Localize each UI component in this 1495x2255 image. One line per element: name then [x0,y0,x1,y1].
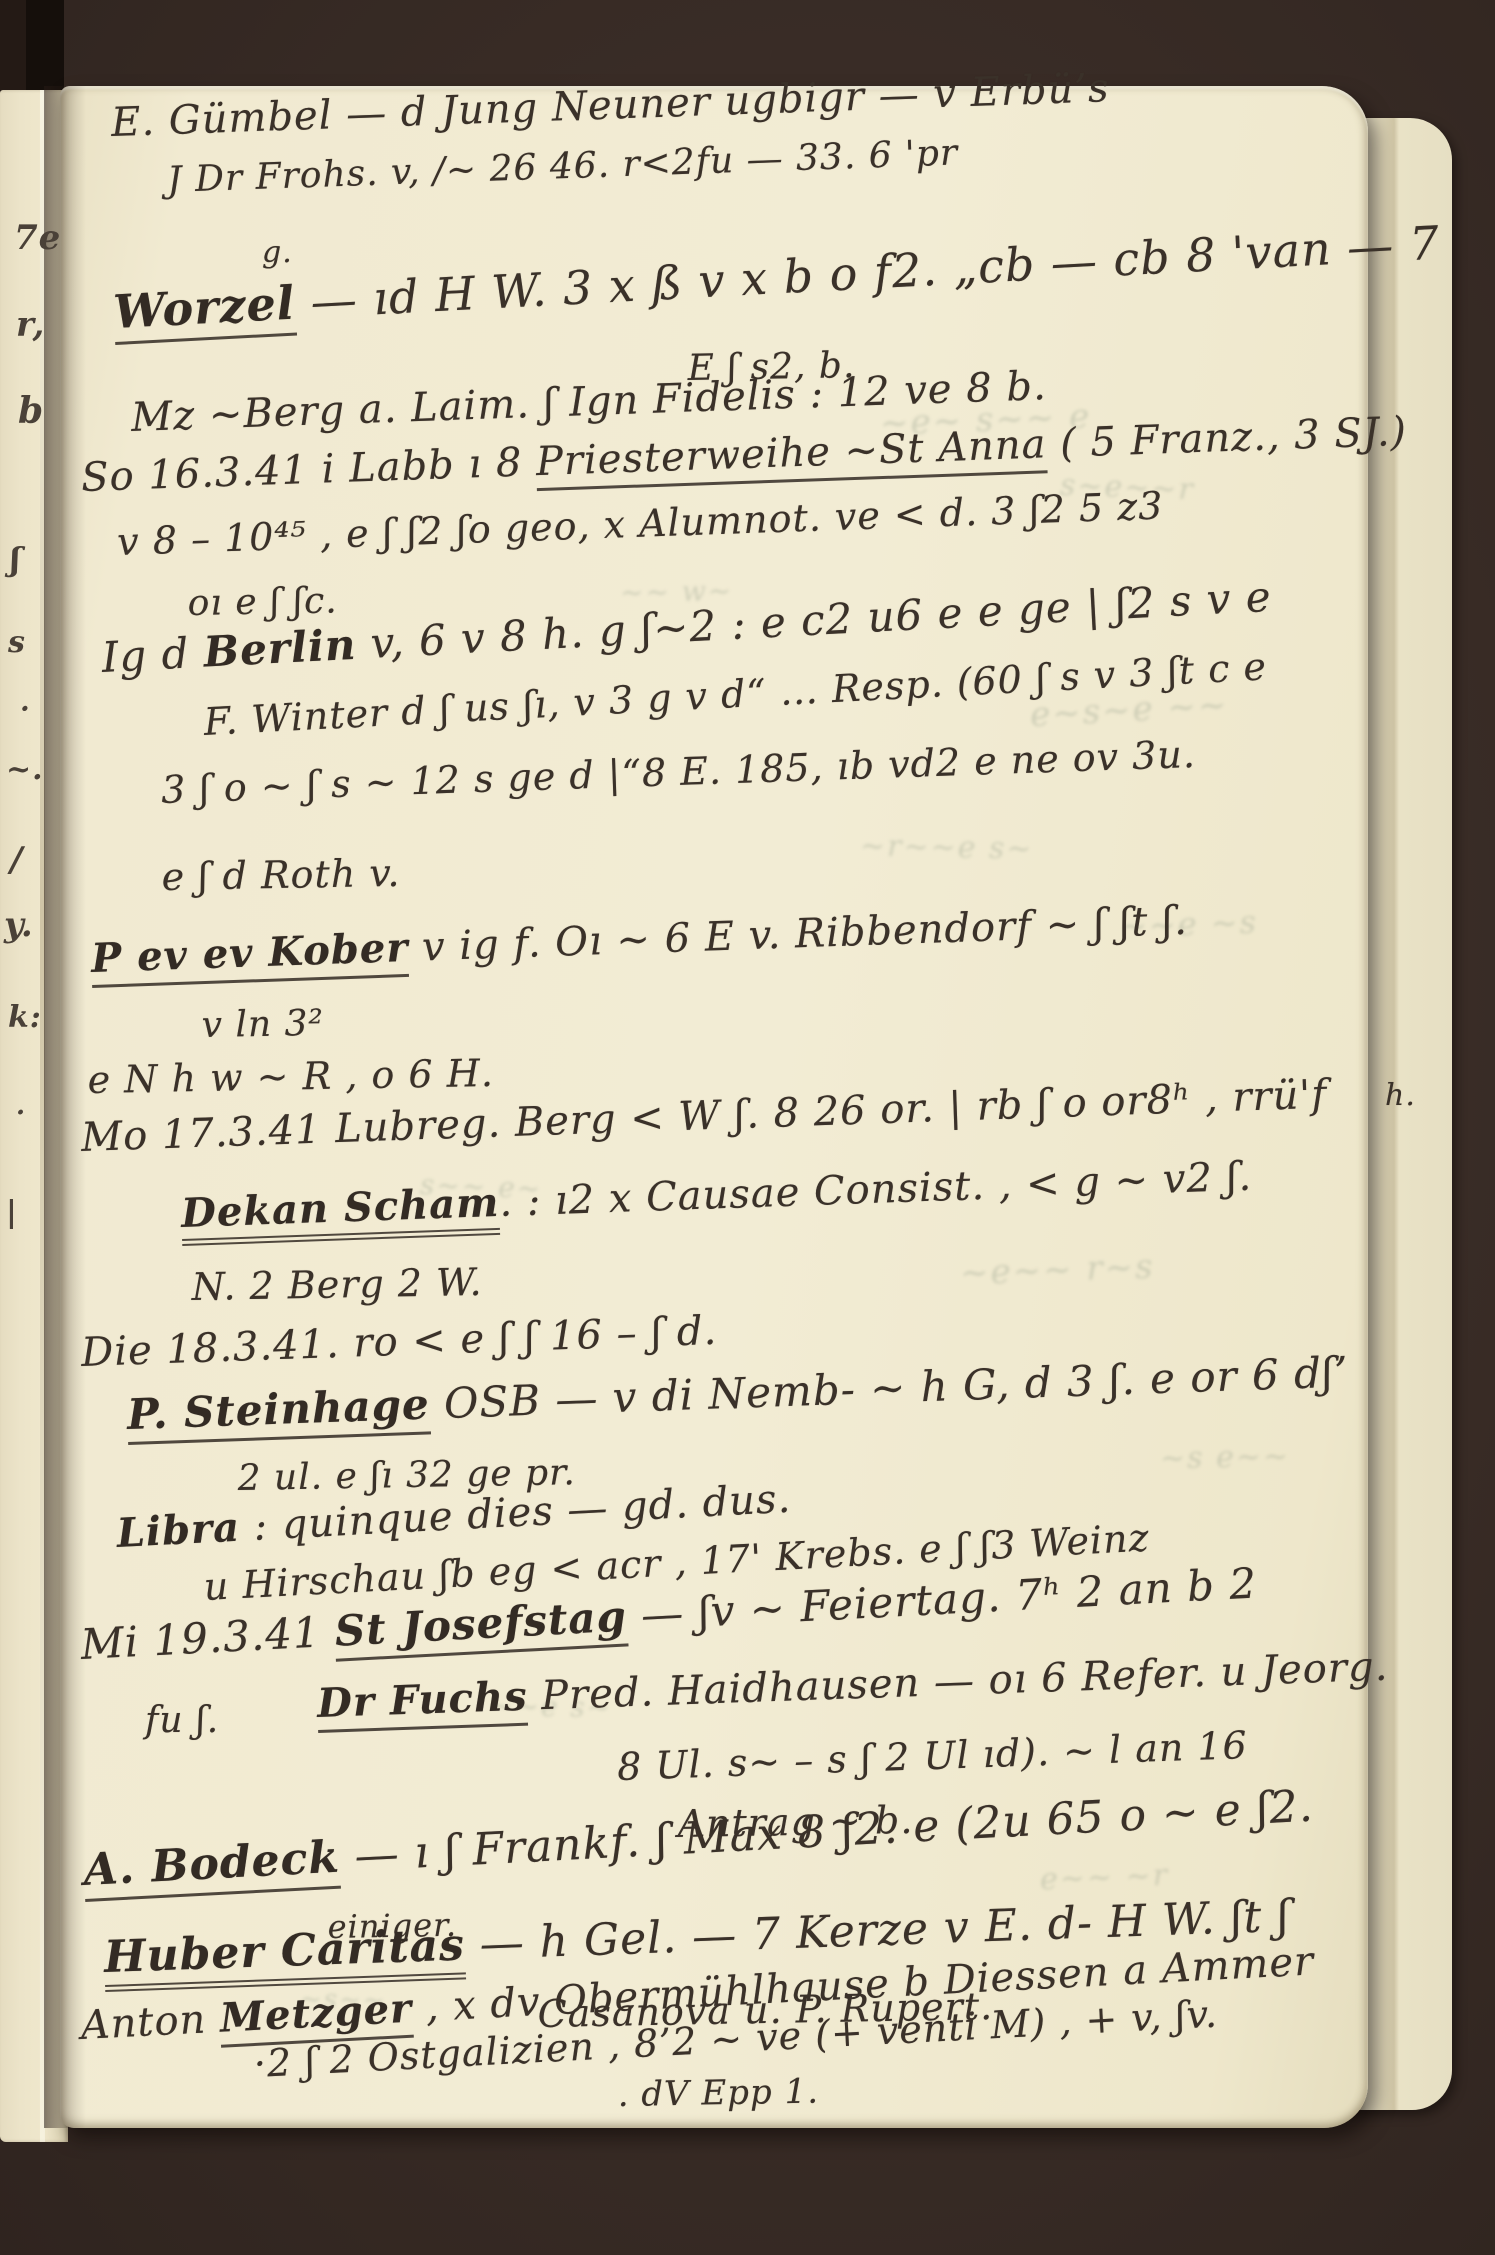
handwriting-segment: v 8 – 10⁴⁵ , e ʃ ʃ2 ʃo geo, x Alumnot. v… [116,483,1164,564]
handwriting-line: E. Gümbel — d Jung Neuner ugbigr — v Erb… [110,65,1110,146]
handwriting-segment: . dV Epp 1. [617,2071,819,2115]
handwriting-segment: Die 18.3.41. ro < e ʃ ʃ 16 – ʃ d. [80,1308,717,1376]
handwriting-line: v 8 – 10⁴⁵ , e ʃ ʃ2 ʃo geo, x Alumnot. v… [116,483,1164,564]
handwriting-underlined-name: Huber Caritas [103,1919,466,1992]
handwriting-segment: e N h w ~ R , o 6 H. [87,1051,494,1102]
handwriting-line: A. Bodeck — ı ʃ Frankf. ʃ Max 8 ʃ2. e (2… [82,1781,1314,1896]
handwriting-line: 8 Ul. s~ – s ʃ 2 Ul ıd). ~ l an 16 [616,1723,1248,1789]
handwriting-segment: ( 5 Franz., 3 SJ.) [1046,409,1408,468]
handwriting-segment: v ln 3² [201,1003,324,1046]
handwriting-segment: g. [262,235,293,270]
handwriting-line: e ʃ d Roth v. [161,851,400,899]
handwriting-segment: Berlin [202,620,357,677]
handwriting-line: P ev ev Kober v ig f. Oı ~ 6 E v. Ribben… [90,897,1188,982]
handwriting-segment: So 16.3.41 i Labb ı 8 [80,439,536,501]
handwriting-segment: Mi 19.3.41 [79,1607,336,1669]
handwriting-line: J Dr Frohs. v, /~ 26 46. r<2fu — 33. 6 '… [167,132,959,201]
diary-photo: 7er,bʃs·~./y.k:·| ~e~ s~~ es~e~~r~~ w~e~… [0,0,1495,2255]
handwriting-line: 3 ʃ o ~ ʃ s ~ 12 s ge d |“8 E. 185, ıb v… [160,732,1196,812]
handwriting-line: oı e ʃ ʃc. [187,580,338,624]
handwriting-segment: E. Gümbel — d Jung Neuner ugbigr — v Erb… [110,65,1110,146]
handwriting-segment: v ig f. Oı ~ 6 E v. Ribbendorf ~ ʃ ʃt ʃ. [407,898,1188,971]
handwriting-underlined-name: A. Bodeck [82,1832,341,1902]
handwriting-underlined-name: Worzel [112,276,297,345]
handwriting-underlined-name: St Josefstag [334,1591,629,1661]
handwriting-segment: — ı ʃ Frankf. ʃ Max 8 ʃ2. e (2u 65 o ~ e… [338,1781,1314,1883]
handwriting-line: Die 18.3.41. ro < e ʃ ʃ 16 – ʃ d. [80,1308,717,1376]
handwriting-segment: Anton [80,1996,221,2049]
handwriting-line: fu ʃ. [145,1700,219,1741]
handwriting-underlined-name: Priesterweihe ~St Anna [535,421,1047,491]
handwriting-segment: fu ʃ. [145,1700,219,1741]
handwriting-line: g. [262,235,293,270]
handwriting-underlined-name: Dr Fuchs [316,1673,528,1733]
handwriting-segment: 3 ʃ o ~ ʃ s ~ 12 s ge d |“8 E. 185, ıb v… [160,732,1196,812]
handwriting-segment: Pred. Haidhausen — oı 6 Refer. u Jeorg. [527,1644,1389,1720]
handwriting-underlined-name: P. Steinhage [126,1379,430,1445]
handwriting-segment: . : ı2 x Causae Consist. , < g ~ v2 ʃ. [499,1154,1253,1226]
handwriting-segment: 8 Ul. s~ – s ʃ 2 Ul ıd). ~ l an 16 [616,1723,1248,1789]
handwriting-segment: h. [1385,1078,1416,1113]
handwriting-line: Dekan Scham. : ı2 x Causae Consist. , < … [180,1153,1253,1237]
handwriting-segment: Ig d [100,628,205,682]
handwriting-line: . dV Epp 1. [617,2071,819,2115]
handwriting-segment: J Dr Frohs. v, /~ 26 46. r<2fu — 33. 6 '… [167,132,959,201]
handwriting-segment: Libra [116,1504,242,1557]
handwriting-line: Dr Fuchs Pred. Haidhausen — oı 6 Refer. … [316,1643,1389,1727]
handwriting-line: v ln 3² [201,1003,324,1046]
handwriting-line: e N h w ~ R , o 6 H. [87,1051,494,1102]
handwriting-segment: e ʃ d Roth v. [161,851,400,899]
handwriting-segment: oı e ʃ ʃc. [187,580,338,624]
handwriting-segment: — ıd H W. 3 x ß v x b o f2. „cb — cb 8 '… [294,216,1442,330]
handwriting-underlined-name: Dekan Scham [180,1179,500,1246]
handwriting-segment: OSB — v di Nemb- ~ h G, d 3 ʃ. e or 6 dʃ… [429,1347,1350,1428]
handwriting-underlined-name: P ev ev Kober [90,924,409,988]
handwriting-line: N. 2 Berg 2 W. [191,1260,483,1309]
handwriting-segment: N. 2 Berg 2 W. [191,1260,483,1309]
handwriting-layer: E. Gümbel — d Jung Neuner ugbigr — v Erb… [0,0,1495,2255]
handwriting-line: h. [1385,1078,1416,1113]
handwriting-line: Worzel — ıd H W. 3 x ß v x b o f2. „cb —… [112,216,1441,339]
